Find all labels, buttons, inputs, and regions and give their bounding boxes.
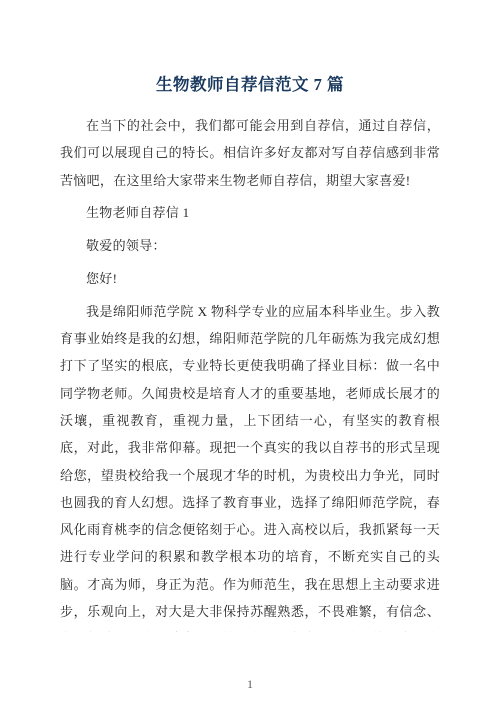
section-heading: 生物老师自荐信 1: [60, 199, 440, 226]
salutation-line: 敬爱的领导：: [60, 232, 440, 259]
intro-paragraph: 在当下的社会中，我们都可能会用到自荐信，通过自荐信，我们可以展现自己的特长。相信…: [60, 112, 440, 194]
document-title: 生物教师自荐信范文 7 篇: [60, 74, 440, 96]
page-number: 1: [0, 677, 500, 691]
document-page: 生物教师自荐信范文 7 篇 在当下的社会中，我们都可能会用到自荐信，通过自荐信，…: [0, 0, 500, 707]
greeting-line: 您好!: [60, 265, 440, 292]
document-content: 生物教师自荐信范文 7 篇 在当下的社会中，我们都可能会用到自荐信，通过自荐信，…: [0, 0, 500, 632]
body-paragraph: 我是绵阳师范学院 X 物科学专业的应届本科毕业生。步入教育事业始终是我的幻想，绵…: [60, 298, 440, 632]
